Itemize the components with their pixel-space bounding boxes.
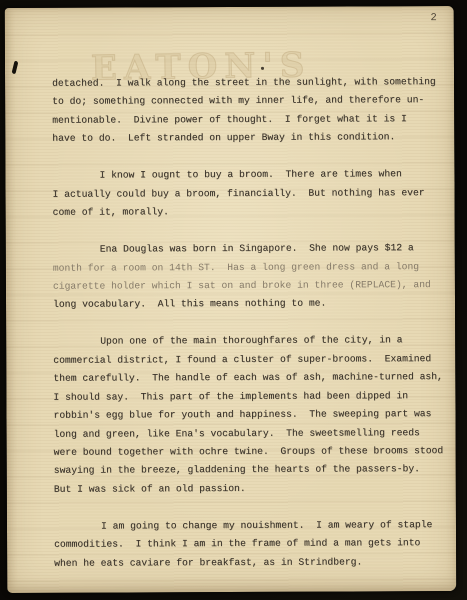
- typed-line: long vocabulary. All this means nothing …: [53, 294, 457, 314]
- typed-line: I know I ougnt to buy a broom. There are…: [52, 165, 456, 185]
- typed-line: I should say. This part of the implement…: [53, 387, 457, 407]
- typed-line: were bound together with ochre twine. Gr…: [54, 442, 458, 462]
- typed-line: month for a room on 14th ST. Has a long …: [53, 258, 457, 278]
- typed-line: detached. I walk along the street in the…: [52, 73, 456, 93]
- typed-line: when he eats caviare for breakfast, as i…: [54, 553, 458, 573]
- page-number: 2: [430, 12, 437, 24]
- typed-line: mentionable. Divine power of thought. I …: [52, 110, 456, 130]
- typed-line: commercial district, I found a cluster o…: [53, 350, 457, 370]
- handwritten-pen-mark: [11, 61, 18, 75]
- paragraph: I know I ougnt to buy a broom. There are…: [52, 165, 456, 222]
- typed-line: But I was sick of an old passion.: [54, 479, 458, 499]
- ink-speck: [261, 67, 264, 70]
- typed-line: Upon one of the main thoroughfares of th…: [53, 331, 457, 351]
- typed-line: commodities. I think I am in the frame o…: [54, 534, 458, 554]
- typed-line: swaying in the breeze, gladdening the he…: [54, 460, 458, 480]
- typed-text-block: detached. I walk along the street in the…: [52, 73, 458, 591]
- scan-background: 2 EATON'S detached. I walk along the str…: [0, 0, 467, 600]
- typed-line: robbin's egg blue for youth and happines…: [53, 405, 457, 425]
- typed-line: them carefully. The handle of each was o…: [53, 368, 457, 388]
- typed-line: have to do. Left stranded on upper Bway …: [52, 128, 456, 148]
- typed-line: cigarette holder which I sat on and brok…: [53, 276, 457, 296]
- typed-line: come of it, morally.: [53, 202, 457, 222]
- typed-line: long and green, like Ena's vocabulary. T…: [54, 424, 458, 444]
- typed-line: I actually could buy a broom, financiall…: [53, 184, 457, 204]
- typed-line: Ena Douglas was born in Singapore. She n…: [53, 239, 457, 259]
- typed-line: to do; something connected with my inner…: [52, 91, 456, 111]
- typed-line: I am going to change my nouishment. I am…: [54, 516, 458, 536]
- document-page: 2 EATON'S detached. I walk along the str…: [5, 6, 457, 593]
- paragraph: Ena Douglas was born in Singapore. She n…: [53, 239, 457, 315]
- paragraph: Upon one of the main thoroughfares of th…: [53, 331, 458, 499]
- paragraph: detached. I walk along the street in the…: [52, 73, 456, 149]
- paragraph: I am going to change my nouishment. I am…: [54, 516, 458, 573]
